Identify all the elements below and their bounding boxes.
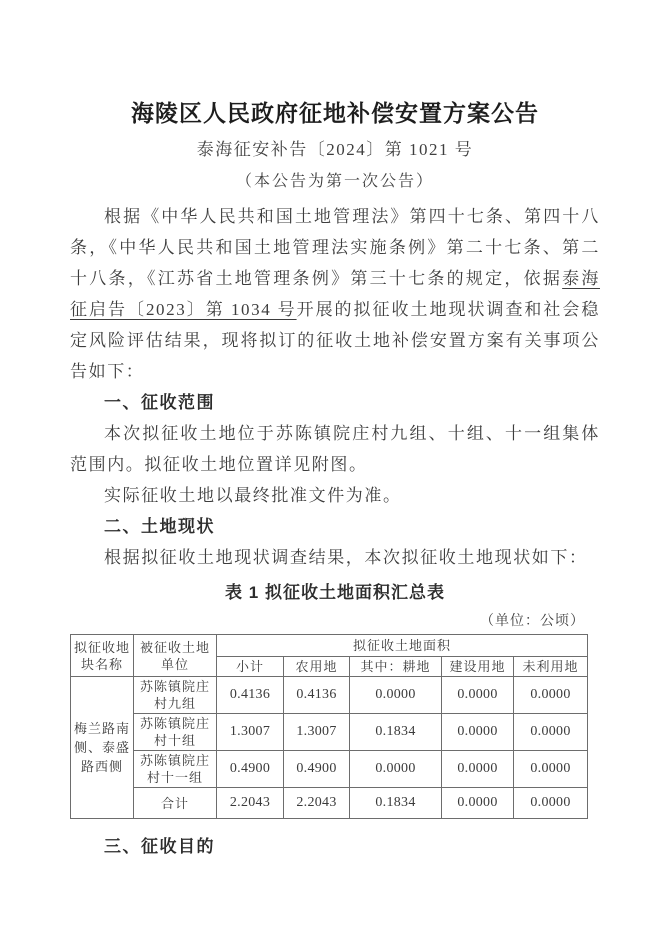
- cell-area-value: 0.4900: [217, 751, 284, 788]
- cell-unit: 苏陈镇院庄村十一组: [134, 751, 217, 788]
- table-unit-note: （单位：公顷）: [70, 610, 600, 634]
- cell-area-value: 0.0000: [514, 751, 588, 788]
- section-1-heading: 一、征收范围: [70, 387, 600, 418]
- cell-area-value: 0.0000: [350, 677, 442, 714]
- cell-area-value: 0.4900: [284, 751, 350, 788]
- cell-area-value: 2.2043: [217, 788, 284, 819]
- header-block-name: 拟征收地块名称: [71, 635, 134, 677]
- section-1-paragraph-2: 实际征收土地以最终批准文件为准。: [70, 480, 600, 511]
- table-row: 苏陈镇院庄村十组1.30071.30070.18340.00000.0000: [71, 714, 588, 751]
- cell-area-value: 0.1834: [350, 714, 442, 751]
- table-body: 梅兰路南侧、泰盛路西侧苏陈镇院庄村九组0.41360.41360.00000.0…: [71, 677, 588, 819]
- first-publication-note: （本公告为第一次公告）: [70, 168, 600, 196]
- cell-area-value: 0.4136: [217, 677, 284, 714]
- cell-area-value: 0.0000: [442, 677, 514, 714]
- cell-area-value: 0.0000: [514, 677, 588, 714]
- header-subcol: 其中：耕地: [350, 657, 442, 677]
- cell-unit: 苏陈镇院庄村九组: [134, 677, 217, 714]
- table-row: 合计2.20432.20430.18340.00000.0000: [71, 788, 588, 819]
- section-2-paragraph-1: 根据拟征收土地现状调查结果，本次拟征收土地现状如下：: [70, 542, 600, 573]
- land-area-summary-table: 拟征收地块名称 被征收土地单位 拟征收土地面积 小计农用地其中：耕地建设用地未利…: [70, 634, 588, 819]
- header-area-group: 拟征收土地面积: [217, 635, 588, 657]
- document-number: 泰海征安补告〔2024〕第 1021 号: [70, 136, 600, 164]
- header-subcol: 未利用地: [514, 657, 588, 677]
- cell-area-value: 1.3007: [284, 714, 350, 751]
- cell-area-value: 0.0000: [350, 751, 442, 788]
- document-content: 海陵区人民政府征地补偿安置方案公告 泰海征安补告〔2024〕第 1021 号 （…: [70, 0, 600, 862]
- cell-unit: 合计: [134, 788, 217, 819]
- cell-area-value: 0.0000: [514, 788, 588, 819]
- cell-block-name: 梅兰路南侧、泰盛路西侧: [71, 677, 134, 819]
- document-title: 海陵区人民政府征地补偿安置方案公告: [70, 100, 600, 128]
- header-subcol: 建设用地: [442, 657, 514, 677]
- header-unit: 被征收土地单位: [134, 635, 217, 677]
- header-subcol: 小计: [217, 657, 284, 677]
- scanned-document-page: 海陵区人民政府征地补偿安置方案公告 泰海征安补告〔2024〕第 1021 号 （…: [0, 0, 668, 945]
- intro-text-segment: 根据《中华人民共和国土地管理法》第四十七条、第四十八条，《中华人民共和国土地管理…: [70, 207, 600, 288]
- cell-area-value: 0.0000: [442, 751, 514, 788]
- table-caption: 表 1 拟征收土地面积汇总表: [70, 577, 600, 608]
- cell-unit: 苏陈镇院庄村十组: [134, 714, 217, 751]
- table-header-row-1: 拟征收地块名称 被征收土地单位 拟征收土地面积: [71, 635, 588, 657]
- section-2-heading: 二、土地现状: [70, 511, 600, 542]
- cell-area-value: 0.0000: [514, 714, 588, 751]
- intro-paragraph: 根据《中华人民共和国土地管理法》第四十七条、第四十八条，《中华人民共和国土地管理…: [70, 201, 600, 387]
- table-row: 梅兰路南侧、泰盛路西侧苏陈镇院庄村九组0.41360.41360.00000.0…: [71, 677, 588, 714]
- section-1-paragraph-1: 本次拟征收土地位于苏陈镇院庄村九组、十组、十一组集体范围内。拟征收土地位置详见附…: [70, 418, 600, 480]
- cell-area-value: 0.0000: [442, 788, 514, 819]
- table-row: 苏陈镇院庄村十一组0.49000.49000.00000.00000.0000: [71, 751, 588, 788]
- cell-area-value: 1.3007: [217, 714, 284, 751]
- cell-area-value: 0.1834: [350, 788, 442, 819]
- header-subcol: 农用地: [284, 657, 350, 677]
- cell-area-value: 0.0000: [442, 714, 514, 751]
- cell-area-value: 2.2043: [284, 788, 350, 819]
- section-3-heading: 三、征收目的: [70, 831, 600, 862]
- cell-area-value: 0.4136: [284, 677, 350, 714]
